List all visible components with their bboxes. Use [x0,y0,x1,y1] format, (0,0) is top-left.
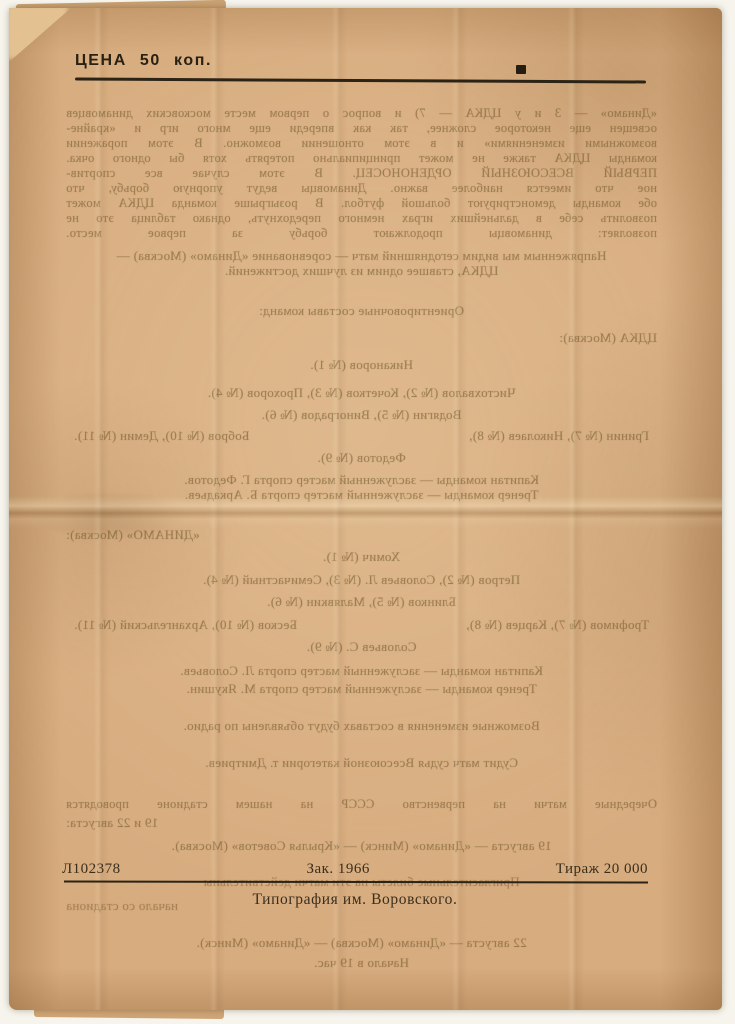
ghost-paragraph-line: позволить себе в дальнейших играх немног… [66,211,657,226]
ghost-cdka-halfbacks: Водягин (№ 5), Виноградов (№ 6). [66,407,657,422]
ghost-text-layer: «Динамо» — 3 и у ЦДКА — 7) и вопрос о пе… [66,8,657,1010]
ghost-upcoming-dates: 19 и 22 августа: [66,815,657,830]
ghost-dinamo-coach: Тренер команды — заслуженный мастер спор… [66,681,657,696]
ghost-cdka-coach: Тренер команды — заслуженный мастер спор… [66,487,657,502]
ghost-closing-line: Напряженным мы видим сегодняшний матч — … [66,248,657,263]
ghost-paragraph-line: ное что имеется наиболее важно. Динамовц… [66,181,657,196]
ghost-dinamo-captain: Капитан команды — заслуженный мастер спо… [66,663,657,678]
imprint-order-number: Зак. 1966 [306,861,369,878]
ghost-cdka-captain: Капитан команды — заслуженный мастер спо… [66,472,657,487]
dog-ear-fold [9,8,71,62]
ghost-match-22-august: 22 августа — «Динамо» (Москва) — «Динамо… [66,935,657,950]
top-rule [75,78,646,84]
ghost-dinamo-center-forward: Соловьев С. (№ 9). [66,639,657,654]
paper: «Динамо» — 3 и у ЦДКА — 7) и вопрос о пе… [9,8,722,1010]
ghost-radio-note: Возможные изменения в составах будут объ… [66,718,657,733]
ghost-cdka-forwards-right: Бобров (№ 10), Демин (№ 11). [74,428,249,443]
ghost-cdka-defenders: Чистохвалов (№ 2), Кочетков (№ 3), Прохо… [66,385,657,400]
ghost-paragraph-line: «Динамо» — 3 и у ЦДКА — 7) и вопрос о пе… [66,106,657,121]
ghost-dinamo-halfbacks: Блинков (№ 5), Малявкин (№ 6). [66,594,657,609]
ghost-dinamo-forwards-right: Бесков (№ 10), Архангельский (№ 11). [74,617,297,632]
ghost-cdka-forwards: Гринин (№ 7), Николаев (№ 8), Бобров (№ … [66,428,657,443]
ghost-dinamo-goalkeeper: Хомич (№ 1). [66,549,657,564]
ghost-closing-line: ЦДКА, ставшее одним из лучших достижений… [66,263,657,278]
imprint-code: Л102378 [62,861,121,878]
ghost-start-time: Начало в 19 час. [66,955,657,970]
ghost-cdka-goalkeeper: Никаноров (№ 1). [66,357,657,372]
ghost-cdka-forwards-left: Гринин (№ 7), Николаев (№ 8), [469,428,649,443]
ghost-dinamo-team: «ДИНАМО» (Москва): [66,527,657,542]
imprint-row: Л102378 Зак. 1966 Тираж 20 000 [62,861,648,878]
ghost-cdka-team: ЦДКА (Москва): [66,330,657,345]
ghost-paragraph-line: освещен еще некоторое сложнее, так как в… [66,121,657,136]
ghost-match-19-august: 19 августа — «Динамо» (Минск) — «Крылья … [66,838,657,853]
imprint-print-run: Тираж 20 000 [556,861,648,878]
imprint-rule [64,880,648,883]
ink-square-mark [516,65,526,74]
price-label: ЦЕНА 50 коп. [75,52,212,70]
printer-line: Типография им. Воровского. [62,891,648,909]
ghost-upcoming-intro: Очередные матчи на первенство СССР на на… [66,797,657,812]
ghost-paragraph-line: обе команды демонстрируют большой футбол… [66,196,657,211]
ghost-referee-line: Судит матч судья Всесоюзной категории т.… [66,755,657,770]
ghost-cdka-center-forward: Федотов (№ 9). [66,450,657,465]
paper-texture [9,8,722,1010]
ghost-paragraph-line: возможными изменениями» и в этом отношен… [66,136,657,151]
ghost-dinamo-forwards: Трофимов (№ 7), Карцев (№ 8), Бесков (№ … [66,617,657,632]
ghost-paragraph-line: ПЕРВЫЙ ВСЕСОЮЗНЫЙ ОРДЕНОНОСЕЦ. В этом сл… [66,166,657,181]
ghost-paragraph-line: позволяет: динамовцы продолжают борьбу з… [66,226,657,241]
ghost-lineups-headline: Ориентировочные составы команд: [66,303,657,318]
ghost-dinamo-defenders: Петров (№ 2), Соловьев Л. (№ 3), Семичас… [66,572,657,587]
fold-creases [9,8,722,1010]
ghost-paragraph-line: команды ЦДКА также не может принципиальн… [66,151,657,166]
scan-background: «Динамо» — 3 и у ЦДКА — 7) и вопрос о пе… [0,0,735,1024]
ghost-dinamo-forwards-left: Трофимов (№ 7), Карцев (№ 8), [466,617,649,632]
